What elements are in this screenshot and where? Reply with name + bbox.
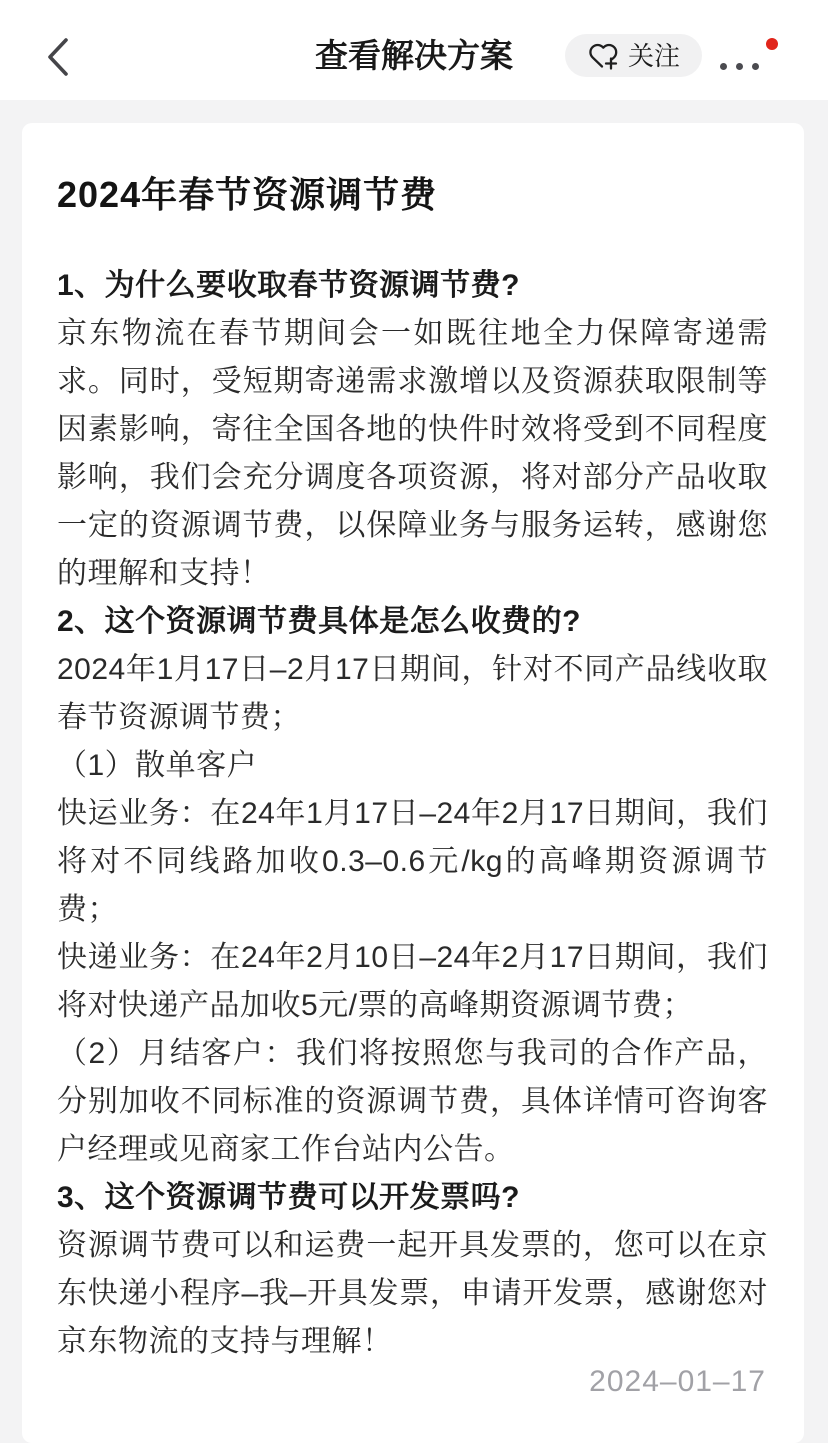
question-2-heading: 2、这个资源调节费具体是怎么收费的?	[57, 598, 768, 646]
back-button[interactable]	[38, 34, 78, 82]
heart-plus-icon	[587, 41, 619, 71]
question-1-heading: 1、为什么要收取春节资源调节费?	[57, 262, 768, 310]
back-chevron-icon	[45, 35, 71, 79]
notification-red-dot	[766, 38, 778, 50]
ellipsis-icon	[720, 63, 759, 70]
question-1-body: 京东物流在春节期间会一如既往地全力保障寄递需求。同时，受短期寄递需求激增以及资源…	[57, 310, 768, 598]
follow-label: 关注	[628, 43, 680, 69]
question-2-item2-monthly: （2）月结客户：我们将按照您与我司的合作产品，分别加收不同标准的资源调节费，具体…	[57, 1030, 768, 1174]
follow-button[interactable]: 关注	[565, 34, 702, 77]
question-2-item1-title: （1）散单客户	[57, 742, 768, 790]
article-title: 2024年春节资源调节费	[57, 167, 768, 218]
nav-bar: 查看解决方案 关注	[0, 0, 828, 100]
question-3-body: 资源调节费可以和运费一起开具发票的，您可以在京东快递小程序–我–开具发票，申请开…	[57, 1222, 768, 1366]
article-card: 2024年春节资源调节费 1、为什么要收取春节资源调节费? 京东物流在春节期间会…	[22, 123, 804, 1443]
question-2-freight-line: 快运业务：在24年1月17日–24年2月17日期间，我们将对不同线路加收0.3–…	[57, 790, 768, 934]
more-button[interactable]	[714, 36, 780, 82]
page-title: 查看解决方案	[0, 0, 828, 100]
publish-date: 2024–01–17	[589, 1365, 766, 1399]
question-2-express-line: 快递业务：在24年2月10日–24年2月17日期间，我们将对快递产品加收5元/票…	[57, 934, 768, 1030]
question-3-heading: 3、这个资源调节费可以开发票吗?	[57, 1174, 768, 1222]
question-2-intro: 2024年1月17日–2月17日期间，针对不同产品线收取春节资源调节费；	[57, 646, 768, 742]
